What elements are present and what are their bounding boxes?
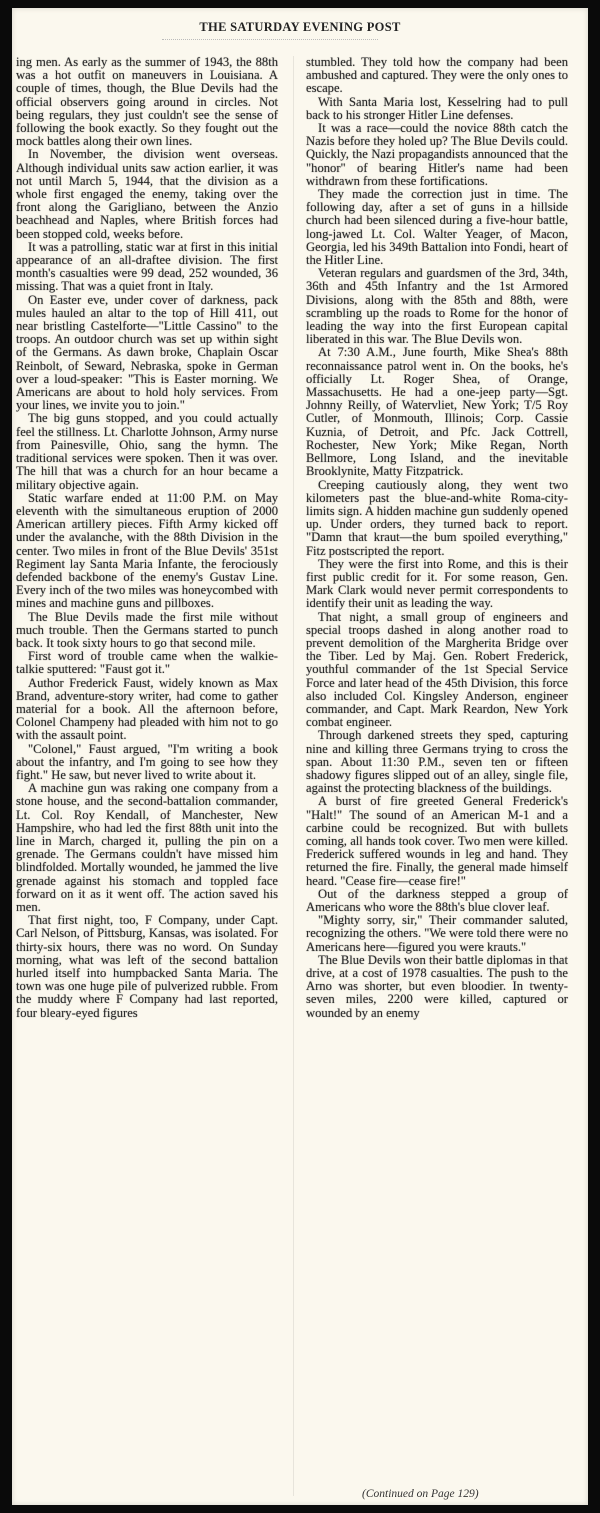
paragraph: That first night, too, F Company, under … bbox=[16, 914, 278, 1020]
paragraph: stumbled. They told how the company had … bbox=[306, 56, 568, 96]
paragraph: They were the first into Rome, and this … bbox=[306, 558, 568, 611]
scan-border: THE SATURDAY EVENING POST ing men. As ea… bbox=[0, 0, 600, 1513]
paragraph: Creeping cautiously along, they went two… bbox=[306, 479, 568, 558]
right-column: stumbled. They told how the company had … bbox=[306, 56, 568, 1020]
column-divider bbox=[293, 56, 294, 1496]
paragraph: ing men. As early as the summer of 1943,… bbox=[16, 56, 278, 148]
magazine-page: THE SATURDAY EVENING POST ing men. As ea… bbox=[12, 8, 588, 1505]
paragraph: First word of trouble came when the walk… bbox=[16, 650, 278, 676]
paragraph: Out of the darkness stepped a group of A… bbox=[306, 888, 568, 914]
paragraph: "Mighty sorry, sir," Their commander sal… bbox=[306, 914, 568, 954]
paragraph: "Colonel," Faust argued, "I'm writing a … bbox=[16, 743, 278, 783]
paragraph: Author Frederick Faust, widely known as … bbox=[16, 677, 278, 743]
paragraph: It was a patrolling, static war at first… bbox=[16, 241, 278, 294]
paragraph: The Blue Devils won their battle diploma… bbox=[306, 954, 568, 1020]
paragraph: On Easter eve, under cover of darkness, … bbox=[16, 294, 278, 413]
continued-notice: (Continued on Page 129) bbox=[362, 1488, 479, 1500]
paragraph: They made the correction just in time. T… bbox=[306, 188, 568, 267]
paragraph: That night, a small group of engineers a… bbox=[306, 611, 568, 730]
paragraph: The big guns stopped, and you could actu… bbox=[16, 412, 278, 491]
paragraph: In November, the division went overseas.… bbox=[16, 148, 278, 240]
paragraph: A burst of fire greeted General Frederic… bbox=[306, 795, 568, 887]
page-header-title: THE SATURDAY EVENING POST bbox=[12, 20, 588, 35]
left-column: ing men. As early as the summer of 1943,… bbox=[16, 56, 278, 1020]
paragraph: Through darkened streets they sped, capt… bbox=[306, 729, 568, 795]
paragraph: The Blue Devils made the first mile with… bbox=[16, 611, 278, 651]
paragraph: A machine gun was raking one company fro… bbox=[16, 782, 278, 914]
paragraph: At 7:30 A.M., June fourth, Mike Shea's 8… bbox=[306, 346, 568, 478]
paragraph: Veteran regulars and guardsmen of the 3r… bbox=[306, 267, 568, 346]
header-rule bbox=[162, 39, 378, 40]
paragraph: Static warfare ended at 11:00 P.M. on Ma… bbox=[16, 492, 278, 611]
paragraph: It was a race—could the novice 88th catc… bbox=[306, 122, 568, 188]
paragraph: With Santa Maria lost, Kesselring had to… bbox=[306, 96, 568, 122]
